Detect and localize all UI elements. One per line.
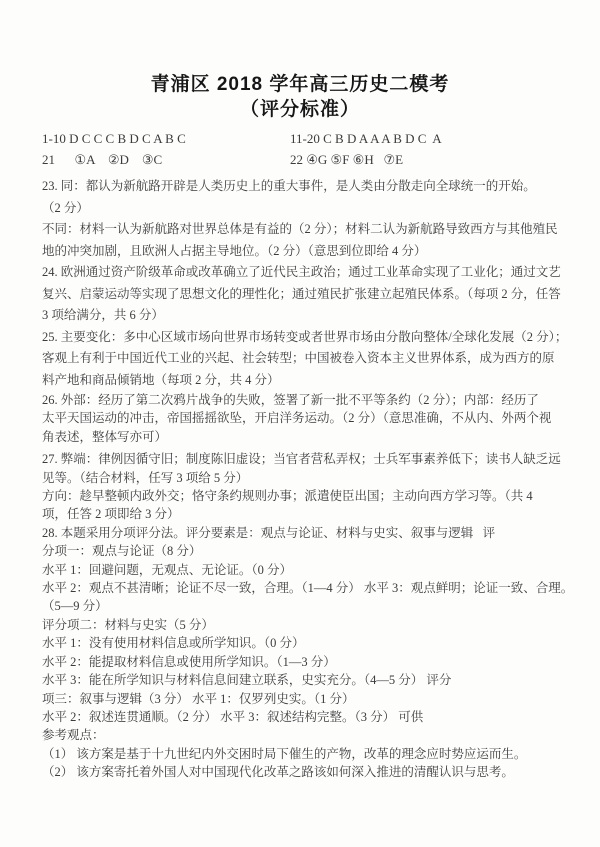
- answer-key: 1-10 D C C C B D C A B C 11-20 C B D A A…: [42, 128, 574, 170]
- paragraph-q27: 27. 弊端：律例因循守旧；制度陈旧虚设；当官者营私弄权；士兵军事素养低下；读书…: [42, 450, 574, 524]
- answers-11-20: 11-20 C B D A A A B D C A: [290, 128, 574, 149]
- document-body: 23. 同：都认为新航路开辟是人类历史上的重大事件，是人类由分散走向全球统一的开…: [42, 176, 574, 782]
- paragraph-q28: 28. 本题采用分项评分法。评分要素是：观点与论证、材料与史实、叙事与逻辑 评分…: [42, 524, 574, 782]
- document-title: 青浦区 2018 学年高三历史二模考: [0, 72, 600, 98]
- document-header: 青浦区 2018 学年高三历史二模考 （评分标准）: [0, 72, 600, 122]
- paragraph-q24: 24. 欧洲通过资产阶级革命或改革确立了近代民主政治；通过工业革命实现了工业化；…: [42, 262, 574, 327]
- answer-key-row-2: 21 ①A ②D ③C 22 ④G ⑤F ⑥H ⑦E: [42, 149, 574, 170]
- paragraph-q23: 23. 同：都认为新航路开辟是人类历史上的重大事件，是人类由分散走向全球统一的开…: [42, 176, 574, 262]
- answers-21: 21 ①A ②D ③C: [42, 149, 290, 170]
- paragraph-q26: 26. 外部：经历了第二次鸦片战争的失败，签署了新一批不平等条约（2 分）；内部…: [42, 391, 574, 446]
- answer-key-row-1: 1-10 D C C C B D C A B C 11-20 C B D A A…: [42, 128, 574, 149]
- answers-22: 22 ④G ⑤F ⑥H ⑦E: [290, 149, 574, 170]
- document-page: 青浦区 2018 学年高三历史二模考 （评分标准） 1-10 D C C C B…: [0, 0, 600, 847]
- answers-1-10: 1-10 D C C C B D C A B C: [42, 128, 290, 149]
- document-subtitle: （评分标准）: [0, 98, 600, 122]
- paragraph-q25: 25. 主要变化：多中心区域市场向世界市场转变或者世界市场由分散向整体/全球化发…: [42, 327, 574, 392]
